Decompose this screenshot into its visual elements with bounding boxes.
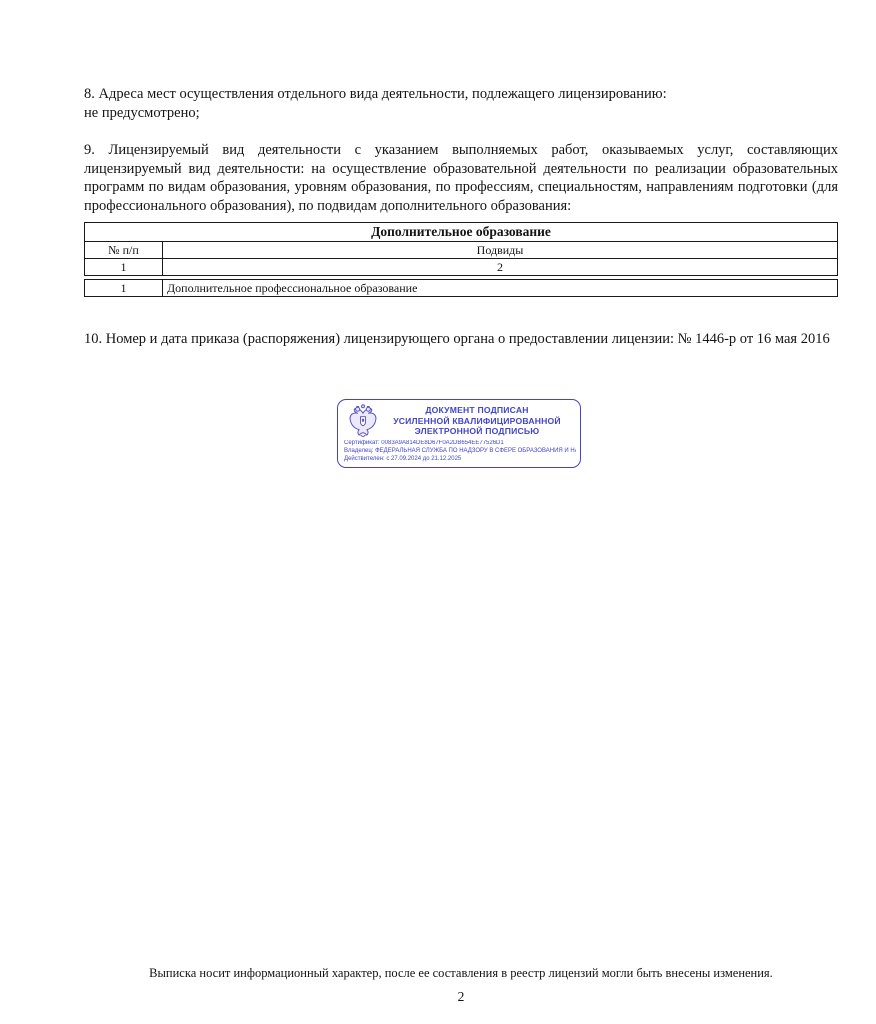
paragraph-9: 9. Лицензируемый вид деятельности с указ… [84, 141, 838, 215]
table-col-number-1: 1 [85, 259, 163, 276]
license-extract-page: { "document": { "item8_line1": "8. Адрес… [0, 0, 876, 1024]
education-types-table: Дополнительное образование № п/п Подвиды… [84, 222, 838, 297]
table-col-header-num: № п/п [85, 242, 163, 259]
row-value-cell: Дополнительное профессиональное образова… [163, 280, 838, 297]
row-number-cell: 1 [85, 280, 163, 297]
table-row: 1 Дополнительное профессиональное образо… [85, 280, 838, 297]
paragraph-8: 8. Адреса мест осуществления отдельного … [84, 85, 838, 122]
table-data-section: 1 Дополнительное профессиональное образо… [84, 279, 838, 297]
stamp-validity: Действителен: с 27.09.2024 до 21.12.2025 [344, 456, 576, 464]
table-col-header-podvidy: Подвиды [163, 242, 838, 259]
stamp-title-line-1: ДОКУМЕНТ ПОДПИСАН [380, 405, 574, 416]
stamp-title-line-3: ЭЛЕКТРОННОЙ ПОДПИСЬЮ [380, 426, 574, 437]
stamp-header: ДОКУМЕНТ ПОДПИСАН УСИЛЕННОЙ КВАЛИФИЦИРОВ… [342, 403, 576, 439]
table-col-number-2: 2 [163, 259, 838, 276]
paragraph-8-heading: 8. Адреса мест осуществления отдельного … [84, 86, 667, 102]
digital-signature-stamp: ДОКУМЕНТ ПОДПИСАН УСИЛЕННОЙ КВАЛИФИЦИРОВ… [337, 399, 581, 468]
stamp-owner: Владелец: ФЕДЕРАЛЬНАЯ СЛУЖБА ПО НАДЗОРУ … [344, 448, 576, 456]
table-title: Дополнительное образование [85, 223, 838, 242]
table-header-section: Дополнительное образование № п/п Подвиды… [84, 222, 838, 276]
russian-coat-of-arms-icon [346, 403, 380, 439]
stamp-title: ДОКУМЕНТ ПОДПИСАН УСИЛЕННОЙ КВАЛИФИЦИРОВ… [380, 405, 576, 437]
stamp-title-line-2: УСИЛЕННОЙ КВАЛИФИЦИРОВАННОЙ [380, 416, 574, 427]
stamp-details: Сертификат: 0083A9A814DE8D67F0A2DB654EE7… [342, 440, 576, 463]
stamp-certificate: Сертификат: 0083A9A814DE8D67F0A2DB654EE7… [344, 440, 576, 448]
document-body: 8. Адреса мест осуществления отдельного … [84, 85, 838, 349]
page-number: 2 [84, 989, 838, 1005]
paragraph-10: 10. Номер и дата приказа (распоряжения) … [84, 330, 838, 349]
footer-disclaimer: Выписка носит информационный характер, п… [84, 966, 838, 981]
paragraph-8-value: не предусмотрено; [84, 105, 200, 121]
